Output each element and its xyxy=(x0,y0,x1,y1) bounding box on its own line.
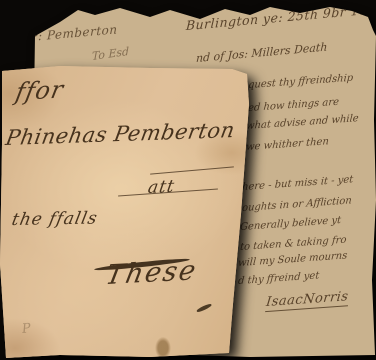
letter-body-line: here - but miss it - yet xyxy=(242,174,354,193)
signature-isaac-norris: IsaacNorris xyxy=(265,289,349,312)
letter-body-line: we whither then xyxy=(246,136,330,153)
address-leaf: ffor Phinehas Pemberton att the ffalls T… xyxy=(0,64,252,360)
docket-text: P: Pemberton xyxy=(30,22,118,44)
address-location: the ffalls xyxy=(10,208,99,230)
letter-body-line: ed how things are xyxy=(248,97,340,114)
letter-line-fragment: To Esd xyxy=(92,45,129,63)
pen-flourish-tail xyxy=(150,166,234,174)
address-salutation: ffor xyxy=(13,75,66,106)
address-addressee: Phinehas Pemberton xyxy=(4,118,237,150)
faint-mark: P xyxy=(21,321,31,337)
address-att: att xyxy=(146,176,176,198)
ink-dash xyxy=(196,303,212,313)
photo-of-documents: P: Pemberton To Esd Burlington ye: 25th … xyxy=(0,0,376,360)
letter-body-line: nd of Jos: Millers Death xyxy=(196,40,328,65)
address-endorsement: These xyxy=(103,255,200,291)
letter-dateline: Burlington ye: 25th 9br 1699 xyxy=(186,1,376,33)
address-leaf-wrapper: ffor Phinehas Pemberton att the ffalls T… xyxy=(0,64,256,360)
letter-body-line: quest thy ffreindship xyxy=(248,73,354,91)
letter-body-line: oughts in or Affliction xyxy=(242,195,353,214)
letter-body-line: what advise and while xyxy=(246,113,359,132)
